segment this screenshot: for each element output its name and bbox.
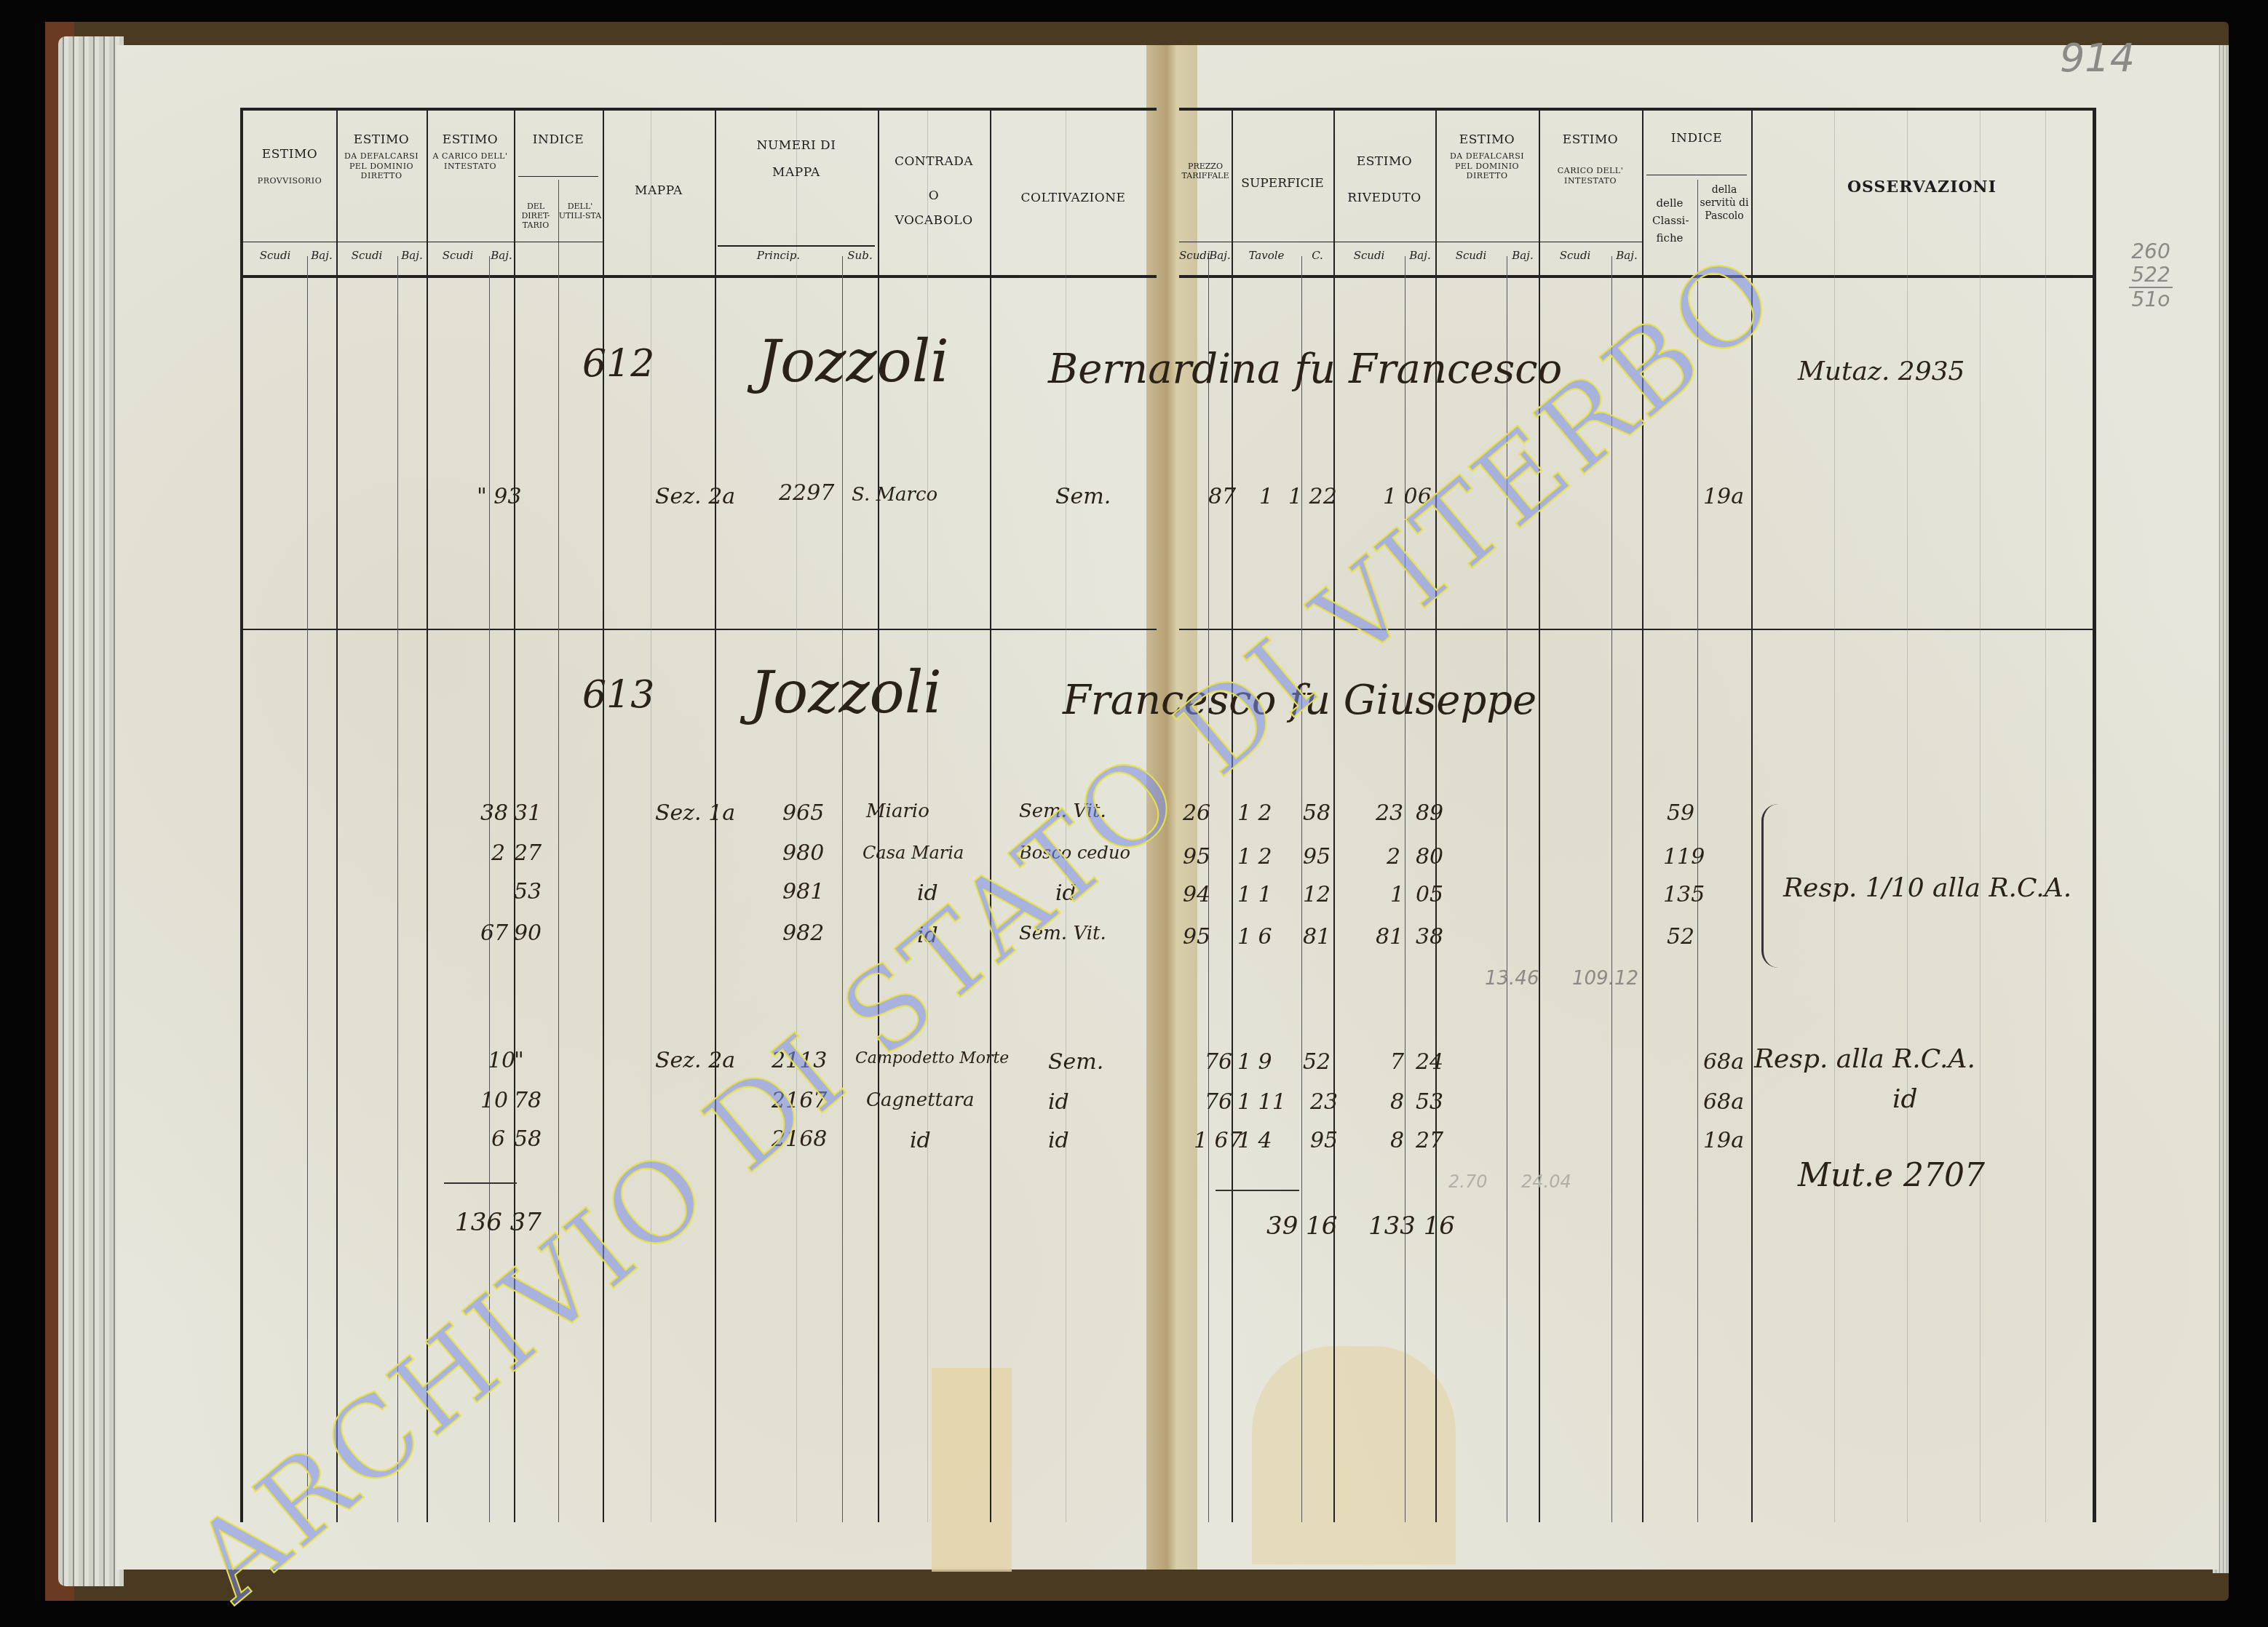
entry-divider [243,629,1157,630]
pencil-subtotal: 13.46 [1485,968,1539,990]
cell-classifica: 135 [1663,882,1705,907]
faint-rule [651,111,651,1522]
cell-riveduto-scudi: 23 [1376,800,1403,826]
col-rule [1751,111,1753,1522]
col-rule [336,111,338,1522]
header-title: COLTIVAZIONE [990,191,1157,205]
cell-contrada: Campodetto Morte [855,1049,1009,1067]
header-title: ESTIMO [336,132,427,147]
header-title: INDICE [514,132,603,147]
entry-observation: id [1892,1084,1918,1114]
cell-prezzo: 26 [1183,800,1210,826]
header-sub-classifiche: delle Classi-fiche [1642,194,1697,247]
unit-scudi: Scudi [1539,249,1611,262]
faint-rule [2045,111,2046,1522]
cell-riveduto: 1 06 [1383,484,1432,509]
col-rule [1301,256,1302,1522]
cell-contrada: Casa Maria [863,843,964,863]
header-divider [1179,275,2093,278]
entry-observation: Mutaz. 2935 [1798,357,1964,386]
header-subtitle: DA DEFALCARSI PEL DOMINIO DIRETTO [1435,151,1539,180]
cell-tavole: 1 [1259,484,1273,509]
cell-estimo-baj: " 93 [477,484,522,509]
unit-scudi: Scudi [243,249,307,262]
header-rule [718,245,875,247]
pencil-subtotal: 109.12 [1572,968,1638,990]
cell-prezzo: 95 [1183,844,1210,870]
total-rule [1216,1190,1299,1191]
header-subtitle: A CARICO DELL' INTESTATO [427,151,514,170]
cell-coltivazione: id [1055,880,1076,906]
unit-baj: Baj. [307,249,336,262]
cell-numero: 2167 [772,1088,827,1113]
unit-c: C. [1301,249,1333,262]
col-rule [558,180,559,1522]
cell-tavole: 1 9 [1237,1049,1272,1075]
cell-riveduto-scudi: 2 [1387,844,1400,870]
entry-observation-mutazione: Mut.e 2707 [1798,1157,1985,1194]
col-rule [842,256,843,1522]
cell-tavole: 1 11 [1237,1089,1286,1115]
cell-classifica: 68a [1703,1049,1744,1075]
cell-classifica: 19a [1703,484,1744,509]
cell-coltivazione: Sem. [1055,484,1111,509]
faint-rule [1980,111,1980,1522]
header-estimo-provvisorio: ESTIMO PROVVISORIO [243,147,336,186]
header-title: ESTIMO [1333,154,1435,169]
cell-numero: 2297 [779,480,834,506]
cell-tavole: 1 1 [1237,882,1272,907]
unit-scudi: Scudi [1179,249,1208,262]
cell-numero: 981 [782,879,824,904]
header-indice-r: INDICE [1642,131,1751,146]
header-estimo-carico: ESTIMO A CARICO DELL' INTESTATO [427,132,514,171]
col-rule [1232,111,1233,1522]
col-rule [990,111,991,1522]
cell-prezzo: 76 [1205,1089,1232,1115]
header-subtitle: O VOCABOLO [878,183,990,233]
unit-baj: Baj. [489,249,514,262]
unit-baj: Baj. [1208,249,1232,262]
header-indice: INDICE [514,132,603,147]
header-title: MAPPA [603,183,715,198]
cell-estimo-scudi: 10 [480,1088,508,1113]
unit-sub: Sub. [842,249,878,262]
header-divider [243,275,1157,278]
header-subtitle: RIVEDUTO [1333,191,1435,205]
cell-contrada: id [910,1128,931,1153]
cell-prezzo: 1 67 [1194,1128,1242,1153]
cell-estimo-baj: 58 [514,1126,542,1152]
unit-scudi: Scudi [1333,249,1405,262]
cell-estimo-baj: 31 [514,800,542,826]
col-rule [307,256,308,1522]
cell-prezzo: 76 [1205,1049,1232,1075]
total-riveduto: 133 16 [1368,1212,1455,1241]
col-rule [1539,111,1540,1522]
cell-c: 95 [1303,844,1331,870]
col-rule [1507,256,1507,1522]
col-rule [1611,256,1612,1522]
entry-given-name: Bernardina fu Francesco [1048,346,1562,393]
unit-princip: Princip. [715,249,842,262]
cell-coltivazione: id [1048,1128,1069,1153]
margin-note-line: 260 [2129,240,2173,263]
header-superficie: SUPERFICIE [1232,176,1333,191]
cell-classifica: 59 [1667,800,1694,826]
entry-given-name: Francesco fu Giuseppe [1063,677,1537,724]
unit-scudi: Scudi [427,249,489,262]
cell-classifica: 19a [1703,1128,1744,1153]
header-numeri-mappa: NUMERI DI MAPPA [715,132,878,187]
header-estimo-defalcarsi: ESTIMO DA DEFALCARSI PEL DOMINIO DIRETTO [336,132,427,180]
cell-estimo-scudi: 38 [480,800,508,826]
cell-estimo-baj: " [514,1048,524,1073]
cell-mappa: Sez. 2a [655,484,735,509]
entry-divider [1179,629,2093,630]
header-coltivazione: COLTIVAZIONE [990,191,1157,205]
cell-c: 52 [1303,1049,1331,1075]
header-rule [1179,242,1642,242]
cell-riveduto-scudi: 7 [1390,1049,1404,1075]
header-contrada: CONTRADA O VOCABOLO [878,154,990,233]
header-title: CONTRADA [878,154,990,169]
cell-estimo-scudi: 6 [491,1126,505,1152]
cell-contrada: S. Marco [852,484,937,506]
cell-contrada: id [917,923,938,948]
cell-estimo-scudi: 67 [480,920,508,946]
header-subtitle: CARICO DELL' INTESTATO [1539,166,1642,185]
cell-coltivazione: Sem. Vit. [1019,923,1106,944]
cell-classifica: 52 [1667,924,1694,950]
entry-observation: Resp. alla R.C.A. [1754,1044,1975,1074]
faint-rule [1907,111,1908,1522]
unit-baj: Baj. [397,249,427,262]
col-rule [1333,111,1335,1522]
header-title: ESTIMO [1435,132,1539,147]
cell-riveduto-baj: 89 [1416,800,1443,826]
cell-mappa: Sez. 2a [655,1048,735,1073]
unit-baj: Baj. [1611,249,1642,262]
header-estimo-defalcarsi-r: ESTIMO DA DEFALCARSI PEL DOMINIO DIRETTO [1435,132,1539,180]
header-estimo-riveduto: ESTIMO RIVEDUTO [1333,154,1435,206]
total-rule [444,1182,517,1184]
total-estimo: 136 37 [455,1208,542,1237]
entry-number: 613 [582,673,654,717]
header-osservazioni: OSSERVAZIONI [1751,178,2093,196]
cell-prezzo: 87 [1208,484,1236,509]
header-title: ESTIMO [427,132,514,147]
margin-note-line: 51o [2129,287,2173,311]
cell-coltivazione: Sem. Vit. [1019,800,1106,822]
unit-tavole: Tavole [1232,249,1301,262]
cell-contrada: Cagnettara [866,1089,975,1111]
col-rule [397,256,398,1522]
page-stack-left [58,36,124,1586]
unit-scudi: Scudi [336,249,397,262]
cell-riveduto-scudi: 8 [1390,1089,1404,1115]
cell-riveduto-baj: 38 [1416,924,1443,950]
cell-tavole: 1 6 [1237,924,1272,950]
cell-riveduto-scudi: 81 [1376,924,1403,950]
cell-contrada: Miario [866,800,929,822]
cell-tavole: 1 2 [1237,844,1272,870]
cell-classifica: 68a [1703,1089,1744,1115]
col-rule [489,256,490,1522]
col-rule [427,111,428,1522]
entry-observation: Resp. 1/10 alla R.C.A. [1783,873,2071,903]
cell-c: 23 [1310,1089,1338,1115]
cell-mappa: Sez. 1a [655,800,735,826]
unit-scudi: Scudi [1435,249,1507,262]
header-title: ESTIMO [1539,132,1642,147]
brace-mark [1761,804,1778,968]
header-mappa: MAPPA [603,183,715,198]
cell-numero: 982 [782,920,824,946]
col-rule [1642,111,1643,1522]
cell-riveduto-baj: 53 [1416,1089,1443,1115]
cell-riveduto-baj: 80 [1416,844,1443,870]
margin-note-line: 522 [2129,263,2173,287]
entry-surname: Jozzoli [757,327,949,395]
cell-riveduto-baj: 27 [1416,1128,1443,1153]
header-estimo-carico-r: ESTIMO CARICO DELL' INTESTATO [1539,132,1642,186]
header-rule [243,242,603,242]
cell-prezzo: 94 [1183,882,1210,907]
unit-baj: Baj. [1405,249,1435,262]
col-rule [1405,256,1405,1522]
cell-c: 1 22 [1288,484,1337,509]
cell-estimo-baj: 78 [514,1088,542,1113]
header-title: INDICE [1642,131,1751,146]
entry-number: 612 [582,342,654,386]
cell-c: 12 [1303,882,1331,907]
cell-riveduto-scudi: 1 [1390,882,1404,907]
cell-estimo-scudi: 10 [488,1048,515,1073]
header-rule [1646,175,1747,175]
cell-coltivazione: id [1048,1089,1069,1115]
col-rule [603,111,604,1522]
header-title: ESTIMO [243,147,336,162]
header-prezzo-tariffale: PREZZO TARIFFALE [1179,162,1232,180]
header-sub-diretario: DEL DIRET-TARIO [514,202,558,231]
cell-contrada: id [917,880,938,906]
cell-estimo-baj: 27 [514,840,542,866]
header-subtitle: DA DEFALCARSI PEL DOMINIO DIRETTO [336,151,427,180]
cell-riveduto-baj: 24 [1416,1049,1443,1075]
cell-coltivazione: Bosco ceduo [1019,843,1130,863]
cell-riveduto-baj: 05 [1416,882,1443,907]
cell-tavole: 1 2 [1237,800,1272,826]
pencil-subtotal: 24.04 [1521,1171,1571,1192]
faint-rule [1834,111,1835,1522]
unit-baj: Baj. [1507,249,1539,262]
header-title: NUMERI DI MAPPA [751,132,841,187]
cell-classifica: 119 [1663,844,1705,870]
page-number: 914 [2060,35,2135,81]
cell-numero: 980 [782,840,824,866]
cell-estimo-baj: 90 [514,920,542,946]
cell-c: 58 [1303,800,1331,826]
header-subtitle: PROVVISORIO [243,176,336,186]
cell-tavole: 1 4 [1237,1128,1272,1153]
cell-numero: 2113 [772,1048,827,1073]
pencil-subtotal: 2.70 [1448,1171,1487,1192]
header-sub-utilista: DELL' UTILI-STA [558,202,602,220]
header-rule [518,176,598,177]
cell-estimo-scudi: 2 [491,840,505,866]
cell-c: 81 [1303,924,1331,950]
cell-numero: 965 [782,800,824,826]
header-sub-pascolo: della servitù di Pascolo [1697,183,1751,223]
cell-riveduto-scudi: 8 [1390,1128,1404,1153]
cell-coltivazione: Sem. [1048,1049,1103,1075]
cell-estimo-baj: 53 [514,879,542,904]
total-superficie: 39 16 [1266,1212,1337,1241]
cell-prezzo: 95 [1183,924,1210,950]
entry-surname: Jozzoli [750,659,942,726]
margin-note: 260 522 51o [2129,240,2173,311]
cell-numero: 2168 [772,1126,827,1152]
cell-c: 95 [1310,1128,1338,1153]
